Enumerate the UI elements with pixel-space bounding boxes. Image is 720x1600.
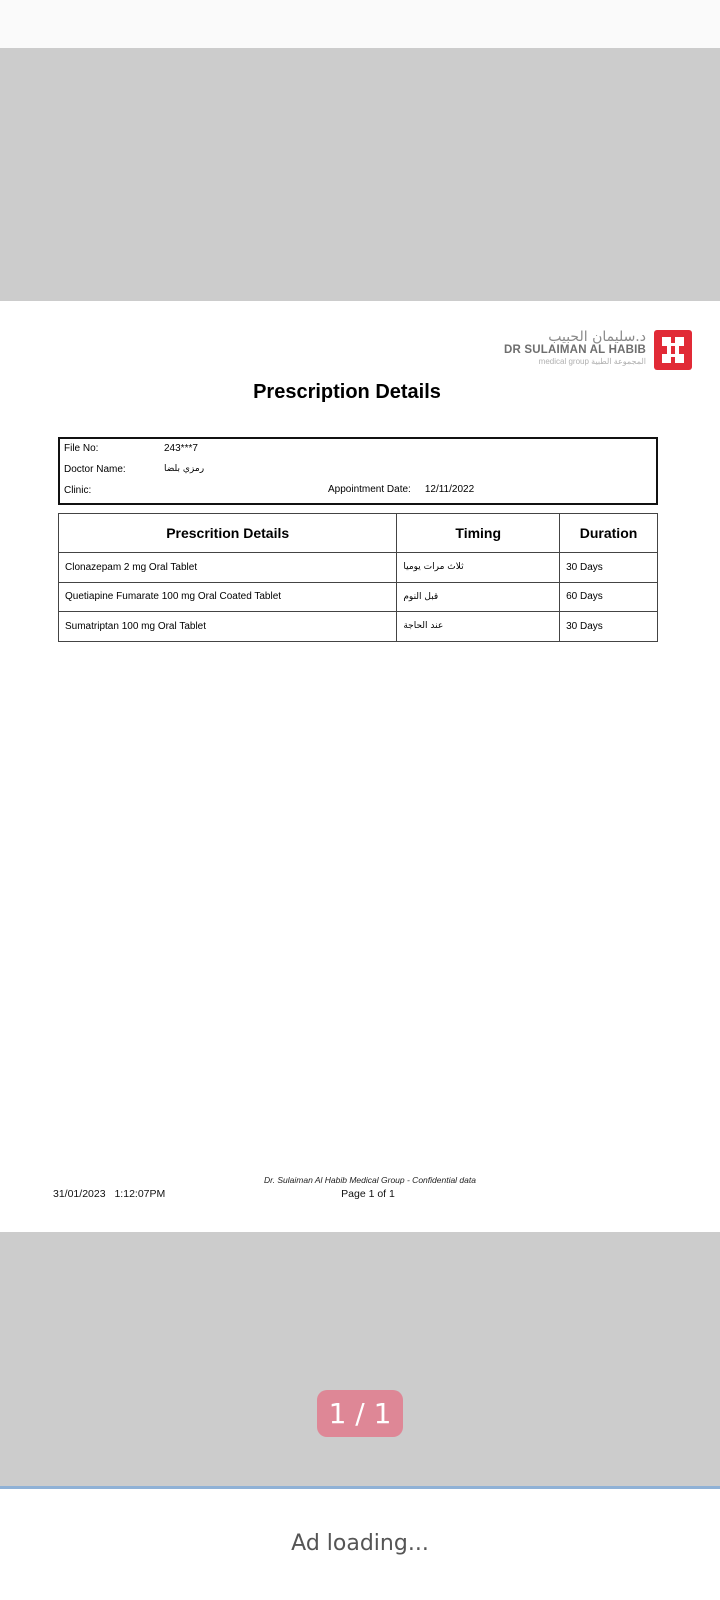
file-no-row: File No: 243***7 bbox=[64, 443, 98, 454]
drug-duration: 60 Days bbox=[560, 582, 658, 612]
table-row: Sumatriptan 100 mg Oral Tablet عند الحاج… bbox=[59, 612, 658, 642]
appointment-label: Appointment Date: bbox=[328, 484, 411, 495]
logo-arabic-name: د.سليمان الحبيب bbox=[504, 330, 646, 344]
doctor-label: Doctor Name: bbox=[64, 464, 126, 475]
header-duration: Duration bbox=[560, 514, 658, 553]
drug-timing: ثلاث مرات يوميا bbox=[397, 553, 560, 583]
confidential-notice: Dr. Sulaiman Al Habib Medical Group - Co… bbox=[0, 1175, 720, 1185]
medical-cross-logo-icon bbox=[654, 330, 692, 370]
table-row: Quetiapine Fumarate 100 mg Oral Coated T… bbox=[59, 582, 658, 612]
logo-english-name: DR SULAIMAN AL HABIB bbox=[504, 344, 646, 357]
appointment-date: Appointment Date:12/11/2022 bbox=[328, 484, 474, 495]
pdf-viewer-app: د.سليمان الحبيب DR SULAIMAN AL HABIB med… bbox=[0, 0, 720, 1600]
clinic-label: Clinic: bbox=[64, 485, 91, 496]
header-prescription-details: Prescrition Details bbox=[59, 514, 397, 553]
file-no-label: File No: bbox=[64, 443, 98, 454]
top-bar bbox=[0, 0, 720, 48]
page-number: Page 1 of 1 bbox=[0, 1188, 720, 1200]
drug-duration: 30 Days bbox=[560, 612, 658, 642]
page-indicator: 1 / 1 bbox=[317, 1390, 403, 1437]
document-title: Prescription Details bbox=[0, 381, 694, 404]
drug-duration: 30 Days bbox=[560, 553, 658, 583]
doctor-row: Doctor Name: رمزي بلضا bbox=[64, 464, 126, 475]
drug-name: Quetiapine Fumarate 100 mg Oral Coated T… bbox=[59, 582, 397, 612]
header-timing: Timing bbox=[397, 514, 560, 553]
table-row: Clonazepam 2 mg Oral Tablet ثلاث مرات يو… bbox=[59, 553, 658, 583]
clinic-row: Clinic: bbox=[64, 485, 91, 496]
patient-info-box: File No: 243***7 Doctor Name: رمزي بلضا … bbox=[58, 437, 658, 505]
file-no-value: 243***7 bbox=[164, 443, 198, 454]
hospital-logo: د.سليمان الحبيب DR SULAIMAN AL HABIB med… bbox=[500, 330, 700, 374]
appointment-value: 12/11/2022 bbox=[425, 484, 474, 495]
drug-timing: عند الحاجة bbox=[397, 612, 560, 642]
logo-subtitle: medical group المجموعة الطبية bbox=[504, 357, 646, 367]
ad-loading-text: Ad loading... bbox=[0, 1531, 720, 1556]
drug-name: Clonazepam 2 mg Oral Tablet bbox=[59, 553, 397, 583]
doctor-value: رمزي بلضا bbox=[164, 464, 204, 474]
logo-text: د.سليمان الحبيب DR SULAIMAN AL HABIB med… bbox=[504, 330, 646, 367]
drug-name: Sumatriptan 100 mg Oral Tablet bbox=[59, 612, 397, 642]
drug-timing: قبل النوم bbox=[397, 582, 560, 612]
prescription-table: Prescrition Details Timing Duration Clon… bbox=[58, 513, 658, 642]
ad-banner[interactable]: Ad loading... bbox=[0, 1489, 720, 1600]
table-header-row: Prescrition Details Timing Duration bbox=[59, 514, 658, 553]
pdf-page[interactable]: د.سليمان الحبيب DR SULAIMAN AL HABIB med… bbox=[0, 301, 720, 1232]
